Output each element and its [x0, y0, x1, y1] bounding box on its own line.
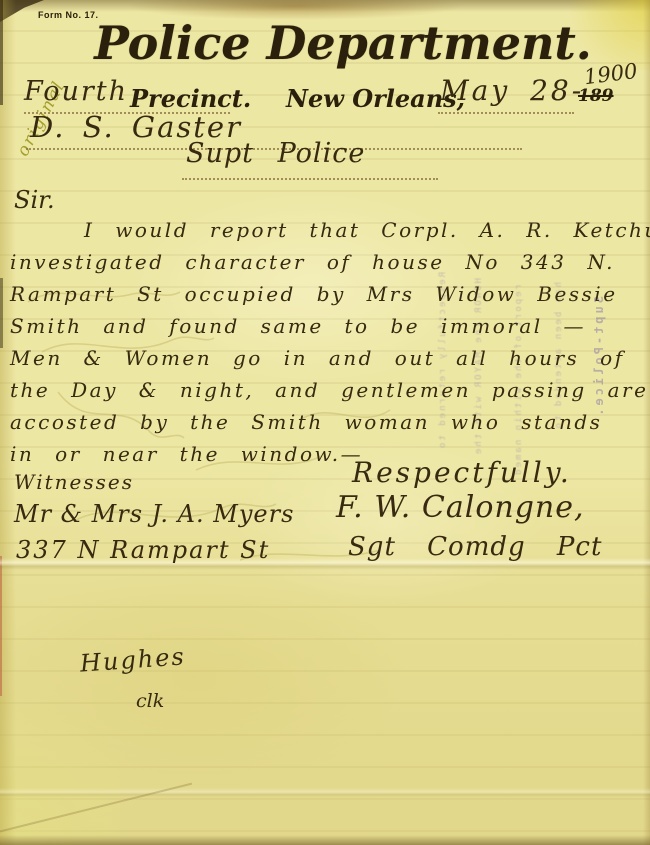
body-line: the Day & night, and gentlemen passing a…: [10, 378, 644, 410]
letter-body: I would report that Corpl. A. R. Ketchum…: [10, 218, 644, 474]
precinct-value: Fourth: [24, 76, 128, 107]
precinct-label: Precinct.: [130, 84, 251, 113]
body-line: I would report that Corpl. A. R. Ketchum: [10, 218, 644, 250]
year-written: 1900: [583, 59, 639, 89]
addressee-title-dotted-line: [182, 178, 438, 180]
date-value: May 28-: [440, 74, 584, 107]
city-label: New Orleans,: [286, 84, 465, 113]
date-dotted-line: [438, 112, 574, 114]
left-edge-dark-strip: [0, 278, 3, 348]
light-corner-bottom-left: [0, 665, 120, 845]
body-line: Men & Women go in and out all hours of: [10, 346, 644, 378]
fold-crease: [0, 788, 650, 797]
salutation: Sir.: [14, 186, 55, 214]
witness-address: 337 N Rampart St: [16, 536, 270, 564]
year-printed-struck: 189: [578, 86, 614, 106]
left-edge-red-strip: [0, 556, 2, 696]
body-line: investigated character of house No 343 N…: [10, 250, 644, 282]
witness-name: Mr & Mrs J. A. Myers: [14, 500, 294, 528]
addressee-title: Supt Police: [186, 138, 365, 169]
corner-crease: [0, 783, 192, 836]
signature: F. W. Calongne,: [336, 490, 585, 525]
body-line: accosted by the Smith woman who stands: [10, 410, 644, 442]
scanned-letter: Respectfully returned to HONOR the MAYOR…: [0, 0, 650, 845]
letterhead-title: Police Department.: [0, 16, 650, 70]
body-line: Smith and found same to be immoral —: [10, 314, 644, 346]
closing: Respectfully.: [352, 456, 572, 489]
witnesses-label: Witnesses: [14, 470, 134, 494]
signature-title: Sgt Comdg Pct: [348, 532, 602, 562]
right-edge: [643, 0, 650, 845]
bottom-edge: [0, 835, 650, 845]
clerk-name: Hughes: [79, 642, 186, 677]
clerk-title: clk: [136, 690, 164, 712]
body-line: Rampart St occupied by Mrs Widow Bessie: [10, 282, 644, 314]
